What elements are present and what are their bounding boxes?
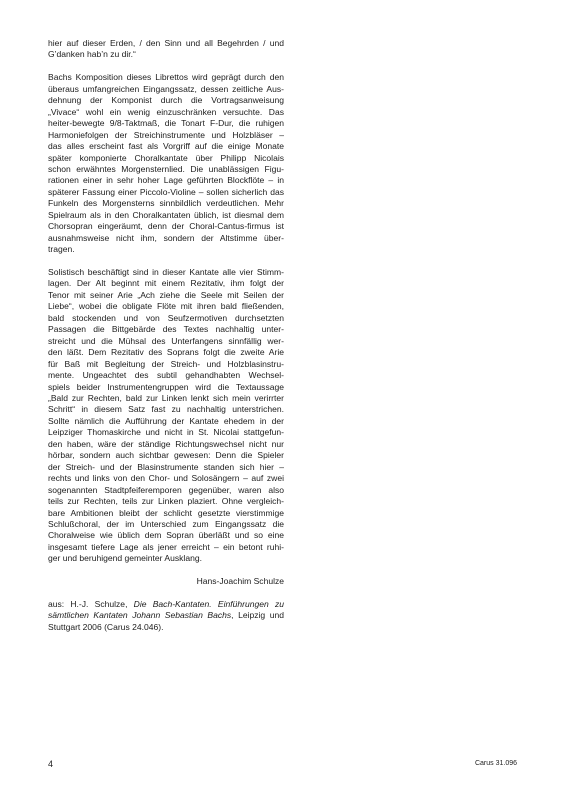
author-signature: Hans-Joachim Schulze	[48, 576, 284, 587]
text-line: streicht und die Mühsal des Unterfangens…	[48, 336, 284, 347]
paragraph-quote-ending: hier auf dieser Erden, / den Sinn und al…	[48, 38, 284, 61]
citation-line: sämtlichen Kantaten Johann Sebastian Bac…	[48, 610, 284, 621]
text-line: rechts und links von den Chor- und Solos…	[48, 473, 284, 484]
text-line: hörbar, sondern auch sichtbar gewesen: D…	[48, 450, 284, 461]
text-line: Bachs Komposition dieses Librettos wird …	[48, 72, 284, 83]
text-column: hier auf dieser Erden, / den Sinn und al…	[48, 38, 284, 633]
text-line: überaus umfangreichen Eingangssatz, dess…	[48, 84, 284, 95]
text-line: der Streich- und der Blasinstrumente sta…	[48, 462, 284, 473]
text-line: Leipziger Thomaskirche und nicht in St. …	[48, 427, 284, 438]
text-line: „Vivace“ wohl ein wenig einzuschränken v…	[48, 107, 284, 118]
text-line: Liebe“, wobei die obligate Flöte mit ihr…	[48, 301, 284, 312]
text-line: G’danken hab’n zu dir.“	[48, 49, 284, 60]
text-line: tragen.	[48, 244, 284, 255]
text-line: lagen. Der Alt beginnt mit einem Rezitat…	[48, 278, 284, 289]
text-line: insgesamt tiefere Lage als jener erreich…	[48, 542, 284, 553]
citation-line: Stuttgart 2006 (Carus 24.046).	[48, 622, 284, 633]
text-line: den haben, wäre der ständige Richtungswe…	[48, 439, 284, 450]
page-number: 4	[48, 759, 53, 769]
book-title: Die Bach-Kantaten. Einführungen zu	[134, 599, 284, 609]
text-line: spiels beider Instrumentengruppen wird d…	[48, 382, 284, 393]
text-line: Chorsopran eingeräumt, denn der Choral-C…	[48, 221, 284, 232]
text-line: ger und beruhigend gemeinter Ausklang.	[48, 553, 284, 564]
text-line: Harmoniefolgen der Streichinstrumente un…	[48, 130, 284, 141]
text-line: „Bald zur Rechten, bald zur Linken lenkt…	[48, 393, 284, 404]
text-line: Schlußchoral, der im Unterschied zum Ein…	[48, 519, 284, 530]
text-line: bald stockenden und von Seufzermotiven d…	[48, 313, 284, 324]
text-line: Passagen die Bittgebärde des Textes nach…	[48, 324, 284, 335]
source-citation: aus: H.-J. Schulze, Die Bach-Kantaten. E…	[48, 599, 284, 633]
paragraph-gap	[48, 565, 284, 576]
paragraph-gap	[48, 587, 284, 598]
text-line: für Baß mit Begleitung der Streich- und …	[48, 359, 284, 370]
text-line: ausnahmsweise nicht ihm, sondern der Alt…	[48, 233, 284, 244]
text-line: hier auf dieser Erden, / den Sinn und al…	[48, 38, 284, 49]
text-line: schon erwähntes Morgensternlied. Die una…	[48, 164, 284, 175]
text-line: das alles erscheint fast als Vorgriff au…	[48, 141, 284, 152]
text-line: heiter-bewegte 9/8-Taktmaß, die Tonart F…	[48, 118, 284, 129]
text-line: Choralweise wie üblich dem Sopran überlä…	[48, 530, 284, 541]
text-line: dehnung der Komponist durch die Vortrags…	[48, 95, 284, 106]
text-line: späterer Fassung einer Piccolo-Violine –…	[48, 187, 284, 198]
paragraph-composition: Bachs Komposition dieses Librettos wird …	[48, 72, 284, 255]
paragraph-soloists: Solistisch beschäftigt sind in dieser Ka…	[48, 267, 284, 565]
text-line: rationen einer in sehr hoher Lage geführ…	[48, 175, 284, 186]
citation-prefix: aus: H.-J. Schulze,	[48, 599, 134, 609]
text-line: Solistisch beschäftigt sind in dieser Ka…	[48, 267, 284, 278]
catalog-reference: Carus 31.096	[475, 760, 517, 767]
citation-place: , Leipzig und	[231, 610, 284, 620]
text-line: bare Ambitionen bleibt der schlicht gese…	[48, 508, 284, 519]
text-line: Funkeln des Morgensterns sinnbildlich ve…	[48, 198, 284, 209]
text-line: später komponierte Choralkantate über Ph…	[48, 153, 284, 164]
text-line: Sollte nämlich die Aufführung der Kantat…	[48, 416, 284, 427]
paragraph-gap	[48, 61, 284, 72]
paragraph-gap	[48, 256, 284, 267]
text-line: den läßt. Dem Rezitativ des Soprans folg…	[48, 347, 284, 358]
text-line: sogenannten Stadtpfeiferemporen gegenübe…	[48, 485, 284, 496]
citation-line: aus: H.-J. Schulze, Die Bach-Kantaten. E…	[48, 599, 284, 610]
text-line: Schritt“ in diesem Satz fast zu nachhalt…	[48, 404, 284, 415]
book-subtitle: sämtlichen Kantaten Johann Sebastian Bac…	[48, 610, 231, 620]
text-line: Spielraum als in den Choralkantaten übli…	[48, 210, 284, 221]
text-line: mente. Ungeachtet des subtil gehandhabte…	[48, 370, 284, 381]
text-line: teils zur Rechten, teils zur Linken plaz…	[48, 496, 284, 507]
text-line: Tenor mit seiner Arie „Ach ziehe die See…	[48, 290, 284, 301]
document-page: hier auf dieser Erden, / den Sinn und al…	[0, 0, 565, 800]
